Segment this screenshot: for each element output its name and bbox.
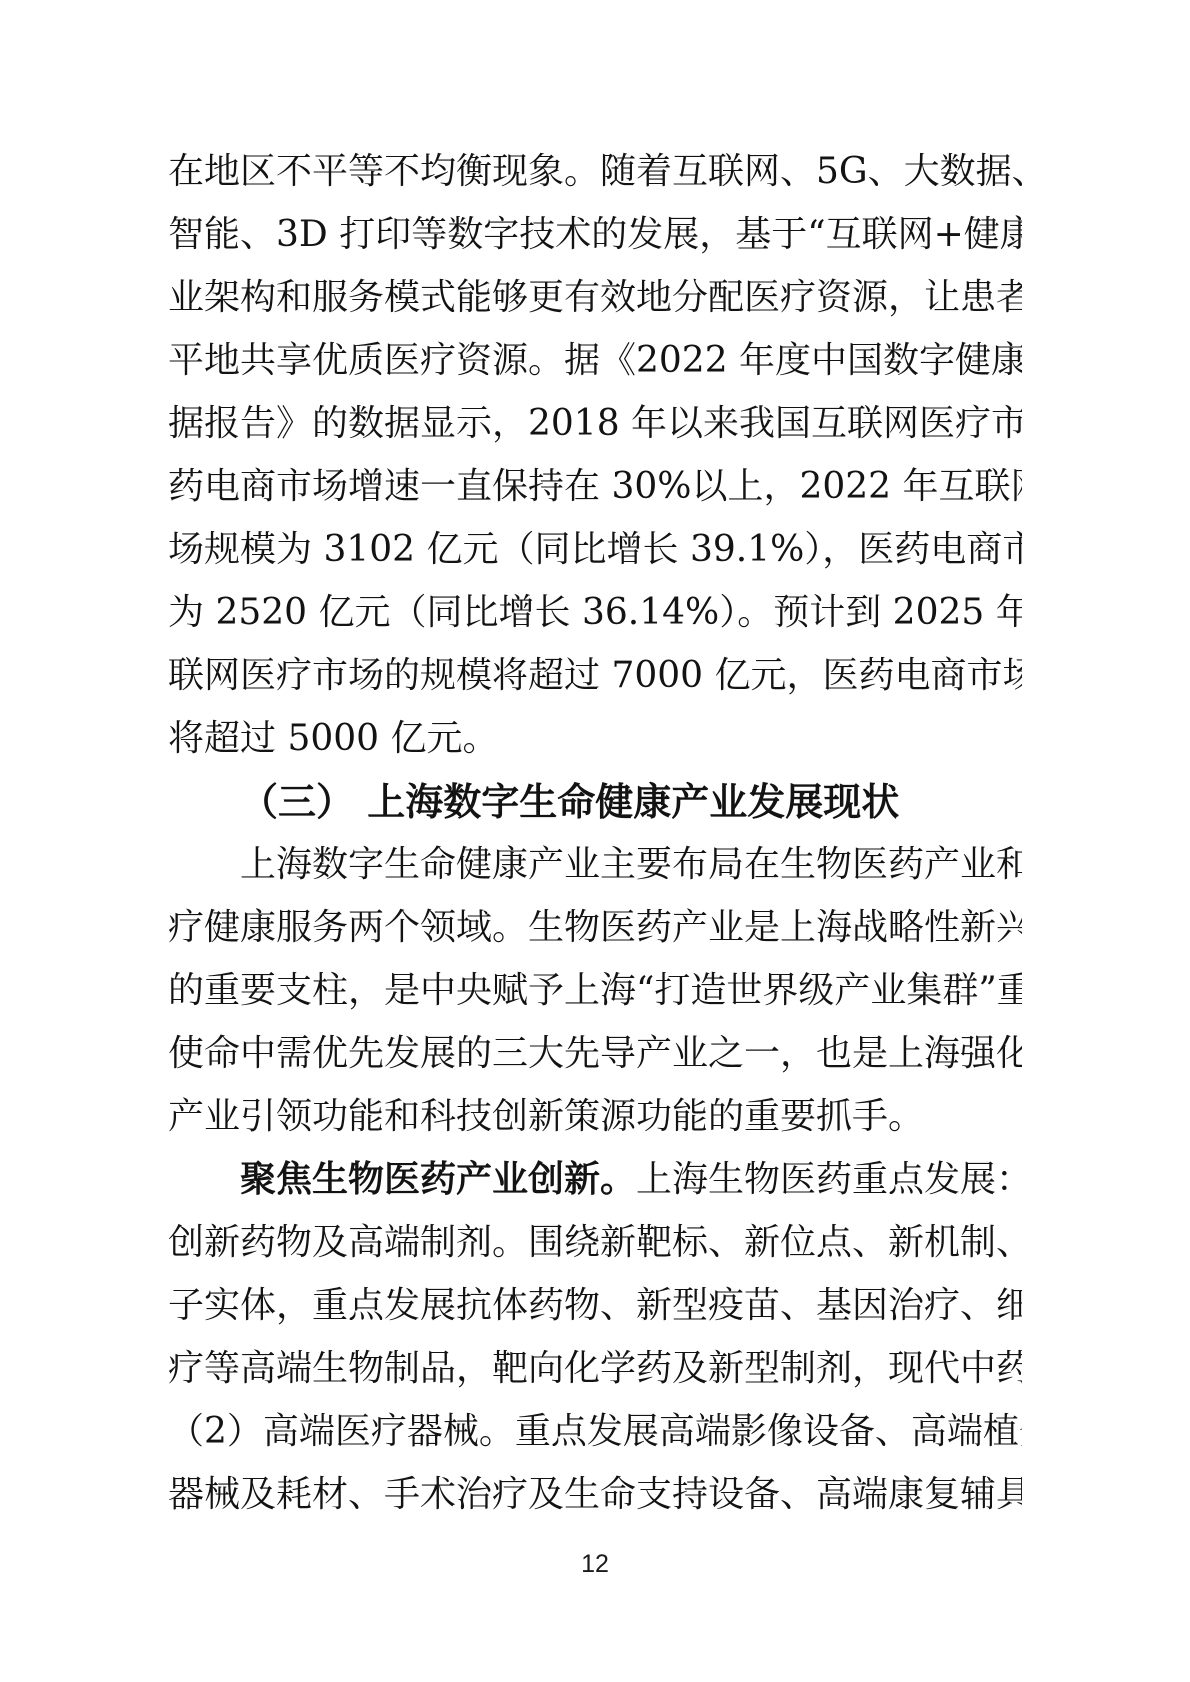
text-line: 联网医疗市场的规模将超过 7000 亿元，医药电商市场规模: [168, 644, 1022, 707]
text-line: 将超过 5000 亿元。: [168, 707, 1022, 770]
text-line: 的重要支柱，是中央赋予上海“打造世界级产业集群”重要: [168, 959, 1022, 1022]
text-line: 在地区不平等不均衡现象。随着互联网、5G、大数据、人工: [168, 140, 1022, 203]
text-line: 子实体，重点发展抗体药物、新型疫苗、基因治疗、细胞治: [168, 1274, 1022, 1337]
document-page: 在地区不平等不均衡现象。随着互联网、5G、大数据、人工 智能、3D 打印等数字技…: [0, 0, 1190, 1682]
text-line: 使命中需优先发展的三大先导产业之一，也是上海强化高端: [168, 1022, 1022, 1085]
text-line: （2）高端医疗器械。重点发展高端影像设备、高端植介入: [168, 1400, 1022, 1463]
text-line: 业架构和服务模式能够更有效地分配医疗资源，让患者更公: [168, 266, 1022, 329]
text-line: 场规模为 3102 亿元（同比增长 39.1%），医药电商市场规模: [168, 518, 1022, 581]
text-line: 聚焦生物医药产业创新。上海生物医药重点发展：（1）: [168, 1148, 1022, 1211]
text-line: 上海数字生命健康产业主要布局在生物医药产业和医: [168, 833, 1022, 896]
text-line: 平地共享优质医疗资源。据《2022 年度中国数字健康市场数: [168, 329, 1022, 392]
text-line: 智能、3D 打印等数字技术的发展，基于“互联网+健康”的商: [168, 203, 1022, 266]
lead-rest-text: 上海生物医药重点发展：（1）: [636, 1159, 1022, 1200]
page-number: 12: [0, 1550, 1190, 1579]
text-line: 产业引领功能和科技创新策源功能的重要抓手。: [168, 1085, 1022, 1148]
text-line: 疗健康服务两个领域。生物医药产业是上海战略性新兴产业: [168, 896, 1022, 959]
text-line: 药电商市场增速一直保持在 30%以上，2022 年互联网医疗市: [168, 455, 1022, 518]
text-line: 疗等高端生物制品，靶向化学药及新型制剂，现代中药等。: [168, 1337, 1022, 1400]
section-heading: （三） 上海数字生命健康产业发展现状: [168, 770, 1022, 833]
text-line: 器械及耗材、手术治疗及生命支持设备、高端康复辅具、体: [168, 1463, 1022, 1526]
text-block: 在地区不平等不均衡现象。随着互联网、5G、大数据、人工 智能、3D 打印等数字技…: [168, 140, 1022, 1526]
bold-lead-text: 聚焦生物医药产业创新。: [240, 1158, 636, 1200]
text-line: 创新药物及高端制剂。围绕新靶标、新位点、新机制、新分: [168, 1211, 1022, 1274]
text-line: 据报告》的数据显示，2018 年以来我国互联网医疗市场、医: [168, 392, 1022, 455]
text-line: 为 2520 亿元（同比增长 36.14%）。预计到 2025 年，我国互: [168, 581, 1022, 644]
